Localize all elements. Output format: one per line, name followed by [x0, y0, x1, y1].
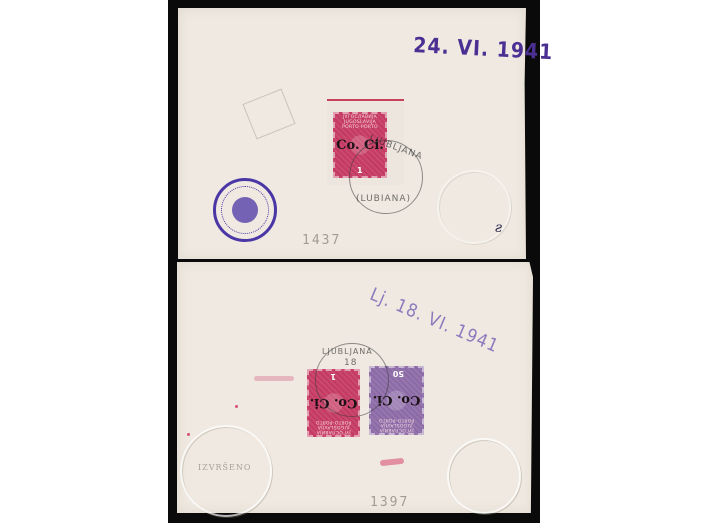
stamp-header: ЈУГОСЛАВИЈА JUGOSLAVIJA PORTO-PORTO: [311, 419, 356, 434]
stamp-value: 50: [393, 369, 404, 378]
pink-ink-dot: [235, 405, 238, 408]
handwritten-signature: ƨ: [495, 220, 502, 236]
pink-ink-mark: [254, 376, 294, 381]
stamp-header: ЈУГОСЛАВИЈА JUGOSLAVIJA PORTO-PORTO: [337, 115, 383, 130]
stamp-header: ЈУГОСЛАВИЈА JUGOSLAVIJA PORTO-PORTO: [373, 417, 420, 432]
postmark-day: 18: [344, 358, 357, 368]
pencil-number-top: 1437: [302, 233, 341, 248]
embossed-seal-right: [447, 438, 521, 514]
postmark-text-bottom: (LUBIANA): [356, 194, 411, 204]
pink-ink-dot: [187, 433, 190, 436]
postmark-text-top: LJUBLJANA: [322, 347, 373, 356]
pencil-number-bottom: 1397: [370, 495, 409, 510]
embossed-seal-text: IZVRŠENO: [198, 463, 251, 472]
violet-official-seal: [213, 178, 277, 242]
